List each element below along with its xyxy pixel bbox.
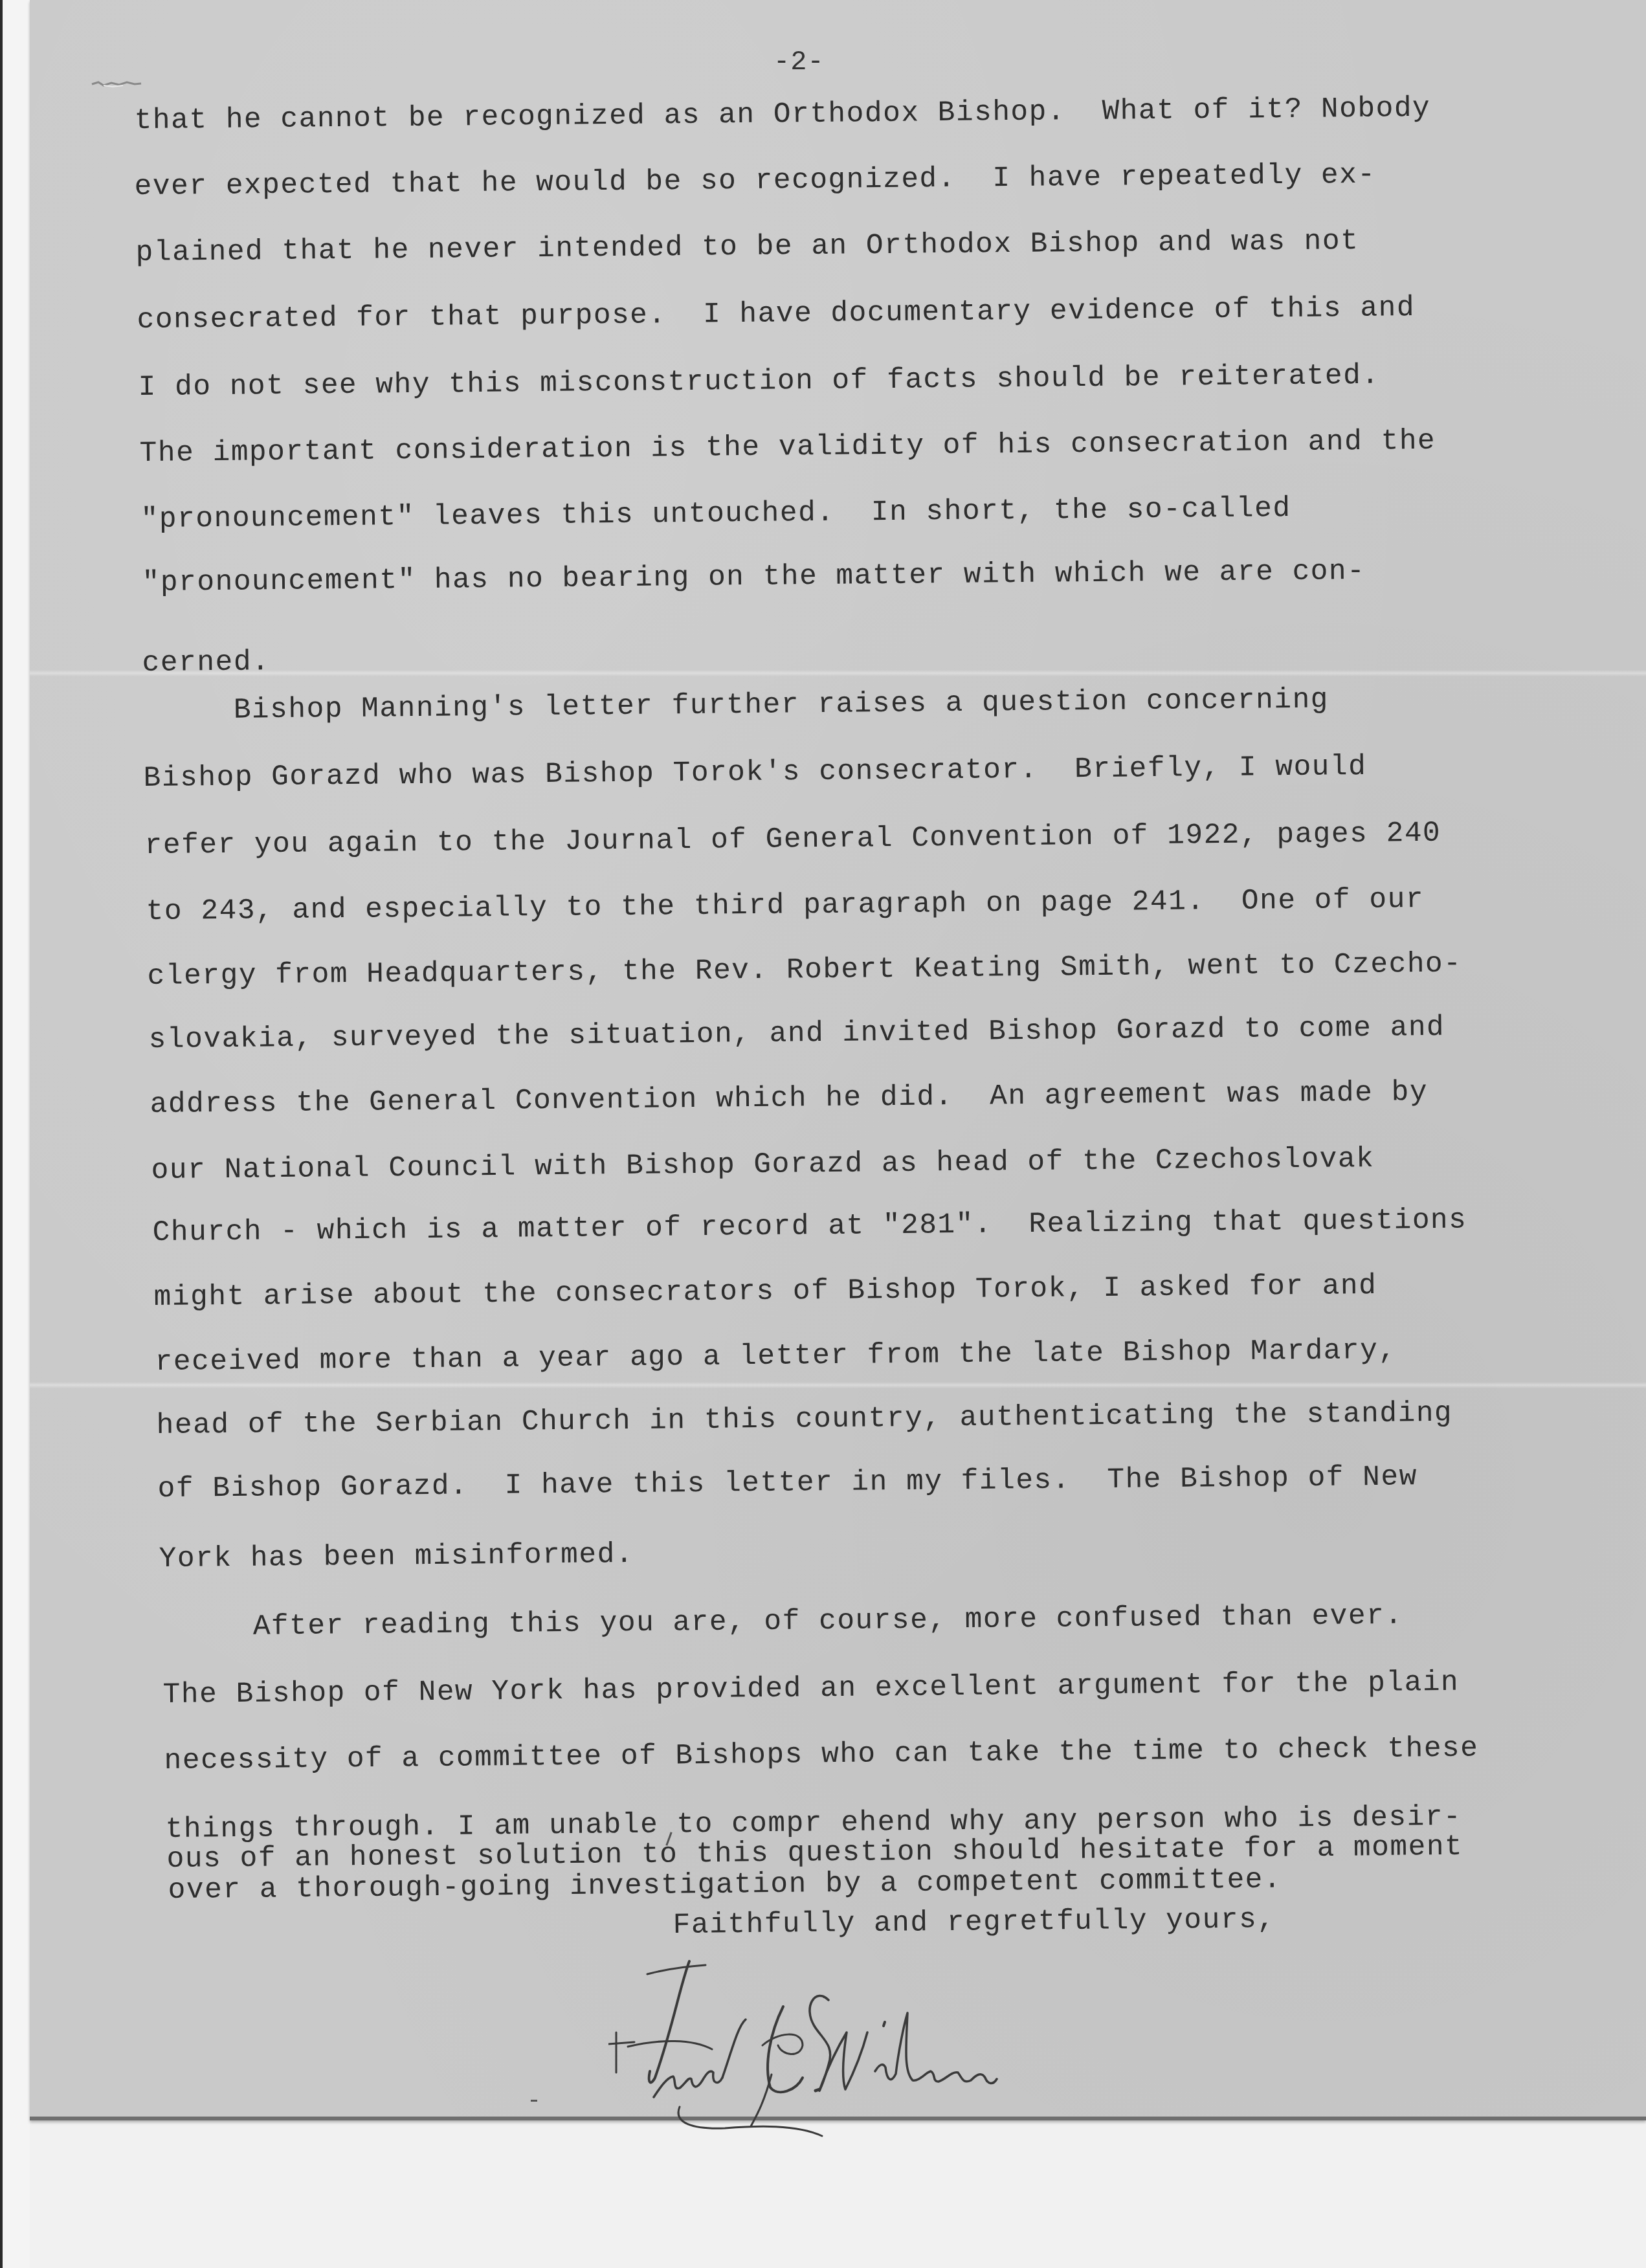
handwritten-signature: + Frank E. Wilson: [608, 1935, 1256, 2149]
paper-fold-crease: [30, 670, 1646, 676]
body-text-line: cerned.: [142, 646, 271, 680]
page-number: -2-: [773, 47, 825, 78]
body-text-line: York has been misinformed.: [159, 1539, 634, 1575]
paper-tear-mark-icon: [91, 80, 142, 88]
scanner-background: [3, 0, 30, 2268]
ink-speck: [531, 2100, 537, 2102]
paper-fold-crease: [30, 1382, 1646, 1388]
